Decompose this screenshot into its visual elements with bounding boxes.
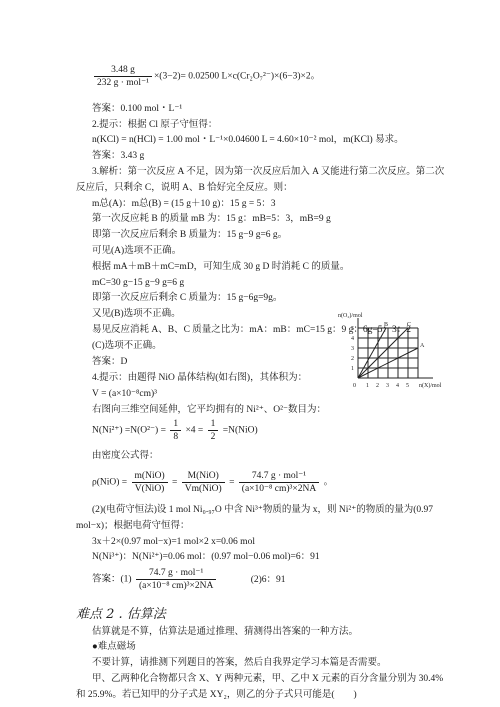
- q4-part2-line-4: N(Ni³⁺)：N(Ni²⁺)=0.06 mol：(0.97 mol−0.06 …: [92, 551, 320, 563]
- x-axis-label: n(X)/mol: [419, 382, 442, 389]
- fraction: 74.7 g · mol⁻¹(a×10⁻⁸ cm)³×2NA: [239, 470, 319, 495]
- section-2-line-3: 不要计算，请推测下列题目的答案，然后自我界定学习本篇是否需要。: [92, 657, 387, 669]
- fraction: 12: [208, 418, 219, 443]
- q4-line-4: N(Ni²⁺) =N(O²⁻) = 18 ×4 = 12 =N(NiO): [92, 418, 258, 443]
- density-equation: ρ(NiO) = m(NiO)V(NiO) = M(NiO)Vm(NiO) = …: [92, 470, 333, 495]
- answer-4: 答案：(1) 74.7 g · mol⁻¹(a×10⁻⁸ cm)³×2NA (2…: [92, 567, 286, 592]
- q3-line-3: m总(A)：m总(B) = (15 g＋10 g)：15 g = 5：3: [92, 198, 276, 210]
- q4-line-3: 右图向三维空间延伸，它平均拥有的 Ni²⁺、O²⁻数目为：: [92, 404, 326, 416]
- svg-text:5: 5: [406, 383, 409, 389]
- svg-text:3: 3: [386, 383, 389, 389]
- q3-line-10: 又见(B)选项不正确。: [92, 308, 181, 320]
- q3-line-8: mC=30 g−15 g−9 g=6 g: [92, 277, 184, 289]
- q4-part2-line-3: 3x＋2×(0.97 mol−x)=1 mol×2 x=0.06 mol: [92, 536, 255, 548]
- q3-line-7: 根据 mA＋mB＋mC=mD，可知生成 30 g D 时消耗 C 的质量。: [92, 261, 349, 273]
- svg-text:5: 5: [351, 326, 354, 332]
- q3-line-2: 反应后，只剩余 C，说明 A、B 恰好完全反应。则：: [76, 182, 293, 194]
- q4-part2-line-1: (2)(电荷守恒法)设 1 mol Ni₀.₉₇O 中含 Ni³⁺物质的量为 x…: [92, 504, 433, 516]
- q2-hint: 2.提示：根据 Cl 原子守恒得：: [92, 119, 217, 131]
- fraction: M(NiO)Vm(NiO): [182, 470, 225, 495]
- line-label-a: A: [420, 343, 425, 349]
- section-title: 难点 2 . 估算法: [76, 603, 166, 622]
- svg-text:2: 2: [351, 356, 354, 362]
- section-2-line-1: 估算就是不算，估算法是通过推理、猜测得出答案的一种方法。: [92, 626, 358, 638]
- reaction-graph: n(O₂)/mol 0 1 2 3 4 5 n(X)/mol 1 2 3 4 5…: [338, 300, 458, 395]
- answer-3-visible: 答案：D: [92, 356, 127, 368]
- fraction: m(NiO)V(NiO): [132, 470, 168, 495]
- section-2-line-5: 和 25.9%。若已知甲的分子式是 XY₂，则乙的分子式只可能是( ): [76, 689, 357, 701]
- equation-1: 3.48 g 232 g · mol⁻¹ ×(3−2)= 0.02500 L×c…: [92, 64, 320, 89]
- q4-part2-line-2: mol−x)；根据电荷守恒得：: [76, 520, 190, 532]
- q3-line-12: (C)选项不正确。: [92, 340, 162, 352]
- q3-line-6: 可见(A)选项不正确。: [92, 245, 181, 257]
- line-label-b: B: [384, 322, 388, 328]
- q4-line-2: V = (a×10⁻⁸cm)³: [92, 388, 157, 400]
- q3-line-5: 即第一次反应后剩余 B 质量为：15 g−9 g=6 g。: [92, 229, 287, 241]
- svg-text:4: 4: [351, 336, 354, 342]
- y-axis-label: n(O₂)/mol: [338, 312, 363, 319]
- q2-equation: n(KCl) = n(HCl) = 1.00 mol・L⁻¹×0.04600 L…: [92, 134, 404, 146]
- line-label-c: C: [407, 322, 411, 328]
- svg-text:1: 1: [366, 383, 369, 389]
- q3-line-1: 3.解析：第一次反应 A 不足，因为第一次反应后加入 A 又能进行第二次反应。第…: [92, 166, 444, 178]
- svg-text:4: 4: [396, 383, 399, 389]
- q4-line-5: 由密度公式得：: [92, 450, 159, 462]
- svg-text:1: 1: [351, 366, 354, 372]
- svg-text:3: 3: [351, 346, 354, 352]
- section-2-line-4: 甲、乙两种化合物都只含 X、Y 两种元素，甲、乙中 X 元素的百分含量分别为 3…: [92, 673, 443, 685]
- svg-text:0: 0: [353, 383, 356, 389]
- svg-text:2: 2: [376, 383, 379, 389]
- section-2-line-2: ●难点磁场: [92, 641, 136, 653]
- fraction: 18: [170, 418, 181, 443]
- answer-1: 答案：0.100 mol・L⁻¹: [92, 103, 182, 115]
- fraction: 3.48 g 232 g · mol⁻¹: [94, 64, 152, 89]
- q3-line-9: 即第一次反应后剩余 C 质量为：15 g−6g=9g。: [92, 292, 282, 304]
- fraction: 74.7 g · mol⁻¹(a×10⁻⁸ cm)³×2NA: [136, 567, 216, 592]
- answer-2: 答案：3.43 g: [92, 150, 144, 162]
- q4-line-1: 4.提示：由题得 NiO 晶体结构(如右图)，其体积为：: [92, 372, 307, 384]
- q3-line-4: 第一次反应耗 B 的质量 mB 为：15 g：mB=5：3，mB=9 g: [92, 213, 331, 225]
